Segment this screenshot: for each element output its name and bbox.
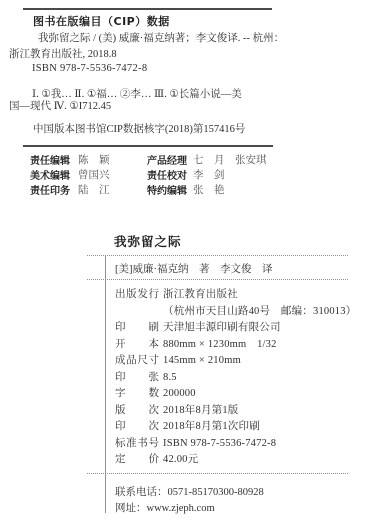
colophon-value: 2018年8月第1次印刷 — [163, 421, 260, 432]
staff-label-left: 责任编辑 — [30, 152, 70, 167]
middle-rule-divider — [23, 145, 273, 147]
colophon-table: 出版发行浙江教育出版社 （杭州市天目山路40号 邮编：310013） 印刷天津旭… — [115, 287, 356, 469]
colophon-value: 2018年8月第1版 — [163, 405, 239, 416]
dotted-divider — [87, 255, 348, 256]
colophon-row-edition: 版次2018年8月第1版 — [115, 403, 356, 420]
colophon-value: 浙江教育出版社 — [163, 289, 238, 300]
author-byline: [美]威廉·福克纳 著 李文俊 译 — [115, 261, 273, 276]
cip-heading: 图书在版编目（CIP）数据 — [33, 13, 170, 29]
colophon-value: 200000 — [163, 388, 196, 399]
colophon-value: 天津旭丰源印刷有限公司 — [163, 322, 281, 333]
staff-name-right: 张 艳 — [193, 182, 225, 197]
colophon-label: 版次 — [115, 403, 159, 420]
colophon-value: 880mm × 1230mm 1/32 — [163, 339, 277, 350]
staff-name-right: 七 月 张安琪 — [193, 152, 267, 167]
colophon-row-address: （杭州市天目山路40号 邮编：310013） — [115, 304, 356, 321]
colophon-row-publisher: 出版发行浙江教育出版社 — [115, 287, 356, 304]
colophon-row-word-count: 字数200000 — [115, 386, 356, 403]
colophon-label: 字数 — [115, 386, 159, 403]
top-rule-divider — [23, 8, 272, 10]
colophon-row-price: 定价42.00元 — [115, 452, 356, 469]
colophon-row-printer: 印刷天津旭丰源印刷有限公司 — [115, 320, 356, 337]
staff-row: 责任编辑 陈 颖 产品经理 七 月 张安琪 — [0, 152, 375, 166]
colophon-row-format: 开本880mm × 1230mm 1/32 — [115, 337, 356, 354]
staff-row: 责任印务 陆 江 特约编辑 张 艳 — [0, 182, 375, 196]
contact-website: 网址：www.zjeph.com — [115, 500, 215, 515]
book-title: 我弥留之际 — [114, 232, 182, 250]
cip-classification-line1: Ⅰ. ①我… Ⅱ. ①福… ②李… Ⅲ. ①长篇小说—美 — [32, 89, 242, 101]
colophon-row-trim-size: 成品尺寸145mm × 210mm — [115, 353, 356, 370]
colophon-label: 印次 — [115, 419, 159, 436]
vertical-rule-divider — [105, 255, 106, 513]
colophon-label: 成品尺寸 — [115, 353, 159, 370]
colophon-value: 8.5 — [163, 372, 177, 383]
staff-label-left: 美术编辑 — [30, 167, 70, 182]
cip-classification-line2: 国—现代 Ⅳ. ①I712.45 — [9, 101, 111, 113]
staff-name-right: 李 剑 — [193, 167, 225, 182]
staff-name-left: 陈 颖 — [78, 152, 110, 167]
colophon-row-sheets: 印张8.5 — [115, 370, 356, 387]
cip-record-number: 中国版本图书馆CIP数据核字(2018)第157416号 — [33, 124, 245, 136]
dotted-divider — [87, 279, 348, 280]
dotted-divider — [87, 473, 348, 474]
staff-label-right: 责任校对 — [147, 167, 187, 182]
staff-name-left: 曾国兴 — [78, 167, 110, 182]
staff-name-left: 陆 江 — [78, 182, 110, 197]
staff-label-right: 产品经理 — [147, 152, 187, 167]
colophon-value: （杭州市天目山路40号 邮编：310013） — [163, 306, 356, 317]
colophon-label: 印刷 — [115, 320, 159, 337]
copyright-page: 图书在版编目（CIP）数据 我弥留之际 / (美) 威廉·福克纳著；李文俊译. … — [0, 0, 375, 524]
colophon-label: 标准书号 — [115, 436, 159, 453]
colophon-label: 定价 — [115, 452, 159, 469]
colophon-value: 42.00元 — [163, 454, 198, 465]
colophon-row-isbn: 标准书号ISBN 978-7-5536-7472-8 — [115, 436, 356, 453]
colophon-label: 印张 — [115, 370, 159, 387]
colophon-row-printing: 印次2018年8月第1次印刷 — [115, 419, 356, 436]
staff-label-left: 责任印务 — [30, 182, 70, 197]
colophon-label: 出版发行 — [115, 287, 159, 304]
colophon-value: ISBN 978-7-5536-7472-8 — [163, 438, 276, 449]
cip-title-line1: 我弥留之际 / (美) 威廉·福克纳著；李文俊译. -- 杭州： — [38, 33, 284, 45]
colophon-label: 开本 — [115, 337, 159, 354]
contact-phone: 联系电话：0571-85170300-80928 — [115, 484, 264, 499]
cip-title-line2: 浙江教育出版社, 2018.8 — [9, 49, 117, 61]
colophon-value: 145mm × 210mm — [163, 355, 241, 366]
staff-row: 美术编辑 曾国兴 责任校对 李 剑 — [0, 167, 375, 181]
staff-label-right: 特约编辑 — [147, 182, 187, 197]
cip-isbn-line: ISBN 978-7-5536-7472-8 — [32, 63, 147, 75]
